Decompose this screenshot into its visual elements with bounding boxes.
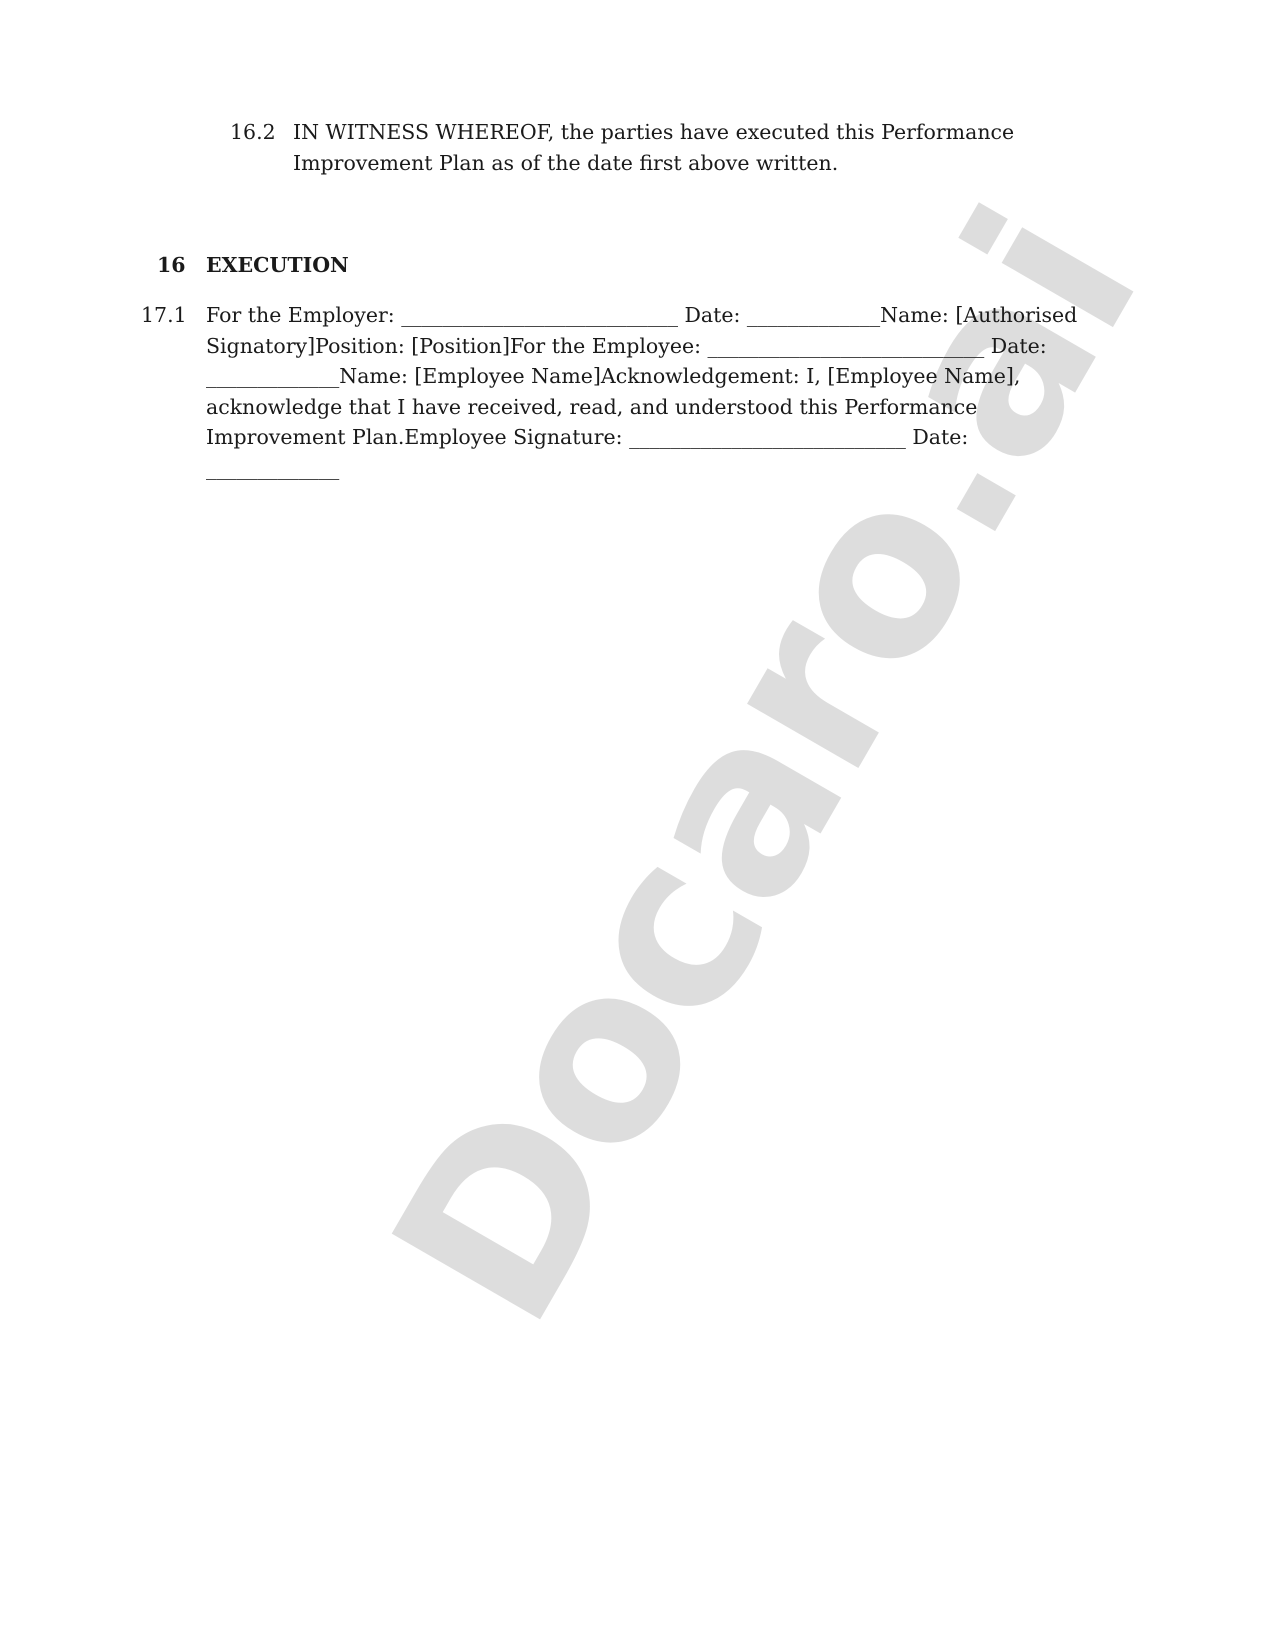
clause-text: IN WITNESS WHEREOF, the parties have exe… (293, 117, 1113, 178)
signature-block-text: For the Employer: ______________________… (206, 300, 1106, 483)
clause-number: 16.2 (230, 117, 276, 148)
watermark: Docaro.ai (352, 369, 1069, 1360)
document-page: Docaro.ai 16.2 IN WITNESS WHEREOF, the p… (0, 0, 1275, 1650)
clause-number: 17.1 (141, 300, 187, 331)
section-number: 16 (157, 250, 186, 281)
section-title: EXECUTION (206, 250, 349, 281)
